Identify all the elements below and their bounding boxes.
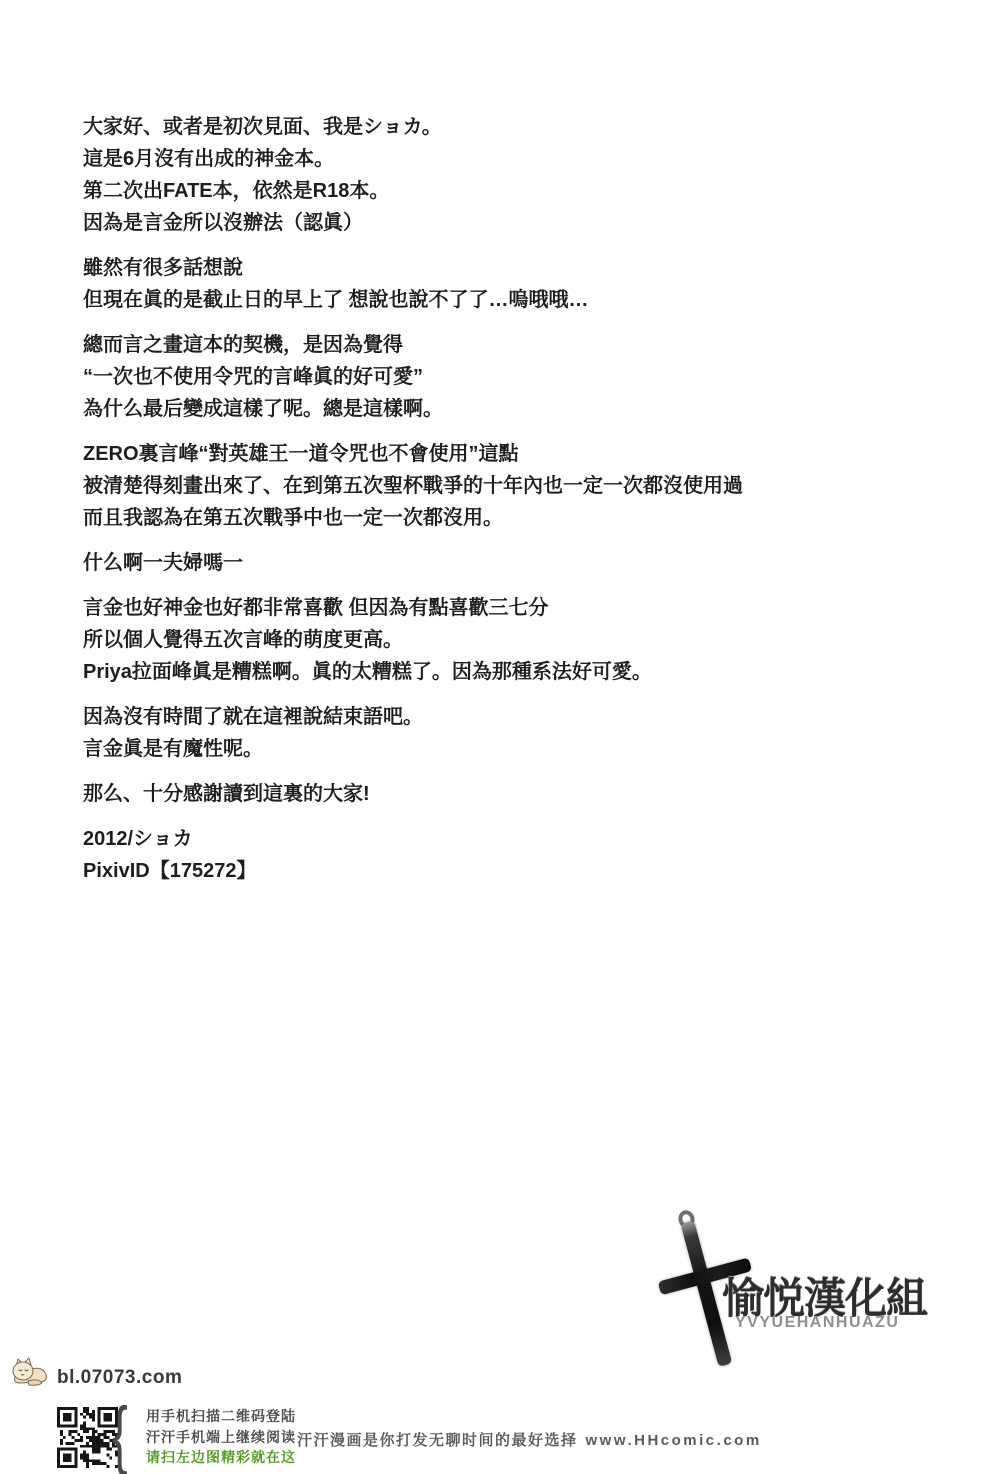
afterword-line: 什么啊一夫婦嗎一 bbox=[83, 547, 963, 579]
paragraph: 總而言之畫這本的契機，是因為覺得“一次也不使用令咒的言峰眞的好可愛”為什么最后變… bbox=[83, 329, 963, 425]
afterword-line: 而且我認為在第五次戰爭中也一定一次都沒用。 bbox=[83, 502, 963, 534]
afterword-line: Priya拉面峰眞是糟糕啊。眞的太糟糕了。因為那種系法好可愛。 bbox=[83, 656, 963, 688]
paragraph: 言金也好神金也好都非常喜歡 但因為有點喜歡三七分所以個人覺得五次言峰的萌度更高。… bbox=[83, 592, 963, 688]
afterword-line: 第二次出FATE本，依然是R18本。 bbox=[83, 175, 963, 207]
afterword-line: 總而言之畫這本的契機，是因為覺得 bbox=[83, 329, 963, 361]
afterword-line: 這是6月沒有出成的神金本。 bbox=[83, 143, 963, 175]
paragraph: 那么、十分感謝讀到這裏的大家! bbox=[83, 778, 963, 810]
afterword-line: 2012/ショカ bbox=[83, 823, 963, 855]
afterword-line: “一次也不使用令咒的言峰眞的好可愛” bbox=[83, 361, 963, 393]
afterword-line: 大家好、或者是初次見面、我是ショカ。 bbox=[83, 111, 963, 143]
bl-site-block: bl.07073.com bbox=[8, 1356, 182, 1390]
slogan-text: 汗汗漫画是你打发无聊时间的最好选择 bbox=[297, 1432, 578, 1449]
qr-instruction-line: 用手机扫描二维码登陆 bbox=[146, 1406, 296, 1427]
qr-instructions: 用手机扫描二维码登陆 汗汗手机端上继续阅读 请扫左边图精彩就在这 bbox=[146, 1406, 296, 1468]
curly-brace-glyph: { bbox=[112, 1399, 128, 1471]
afterword-line: PixivID【175272】 bbox=[83, 855, 963, 887]
paragraph: 2012/ショカPixivID【175272】 bbox=[83, 823, 963, 887]
afterword-line: 因為沒有時間了就在這裡說結束語吧。 bbox=[83, 701, 963, 733]
footer-slogan: 汗汗漫画是你打发无聊时间的最好选择www.HHcomic.com bbox=[297, 1429, 762, 1450]
qr-code-icon bbox=[57, 1407, 118, 1468]
afterword-line: ZERO裏言峰“對英雄王一道令咒也不會使用”這點 bbox=[83, 438, 963, 470]
bl-site-url: bl.07073.com bbox=[57, 1357, 182, 1389]
watermark-group-romanized: YVYUEHANHUAZU bbox=[735, 1314, 899, 1332]
scanned-afterword-page: 大家好、或者是初次見面、我是ショカ。這是6月沒有出成的神金本。第二次出FATE本… bbox=[0, 0, 1000, 1474]
afterword-line: 雖然有很多話想說 bbox=[83, 252, 963, 284]
afterword-line: 所以個人覺得五次言峰的萌度更高。 bbox=[83, 624, 963, 656]
paragraph: 大家好、或者是初次見面、我是ショカ。這是6月沒有出成的神金本。第二次出FATE本… bbox=[83, 111, 963, 239]
hhcomic-url: www.HHcomic.com bbox=[586, 1432, 762, 1449]
afterword-line: 為什么最后變成這樣了呢。總是這樣啊。 bbox=[83, 393, 963, 425]
paragraph: 雖然有很多話想說但現在眞的是截止日的早上了 想說也說不了了…嗚哦哦… bbox=[83, 252, 963, 316]
paragraph: 什么啊一夫婦嗎一 bbox=[83, 547, 963, 579]
afterword-text-block: 大家好、或者是初次見面、我是ショカ。這是6月沒有出成的神金本。第二次出FATE本… bbox=[83, 111, 963, 900]
qr-instruction-line-highlight: 请扫左边图精彩就在这 bbox=[146, 1447, 296, 1468]
qr-instruction-line: 汗汗手机端上继续阅读 bbox=[146, 1427, 296, 1448]
afterword-line: 言金也好神金也好都非常喜歡 但因為有點喜歡三七分 bbox=[83, 592, 963, 624]
afterword-line: 被清楚得刻畫出來了、在到第五次聖杯戰爭的十年內也一定一次都沒使用過 bbox=[83, 470, 963, 502]
paragraph: ZERO裏言峰“對英雄王一道令咒也不會使用”這點被清楚得刻畫出來了、在到第五次聖… bbox=[83, 438, 963, 534]
afterword-line: 因為是言金所以沒辦法（認眞） bbox=[83, 207, 963, 239]
afterword-line: 言金眞是有魔性呢。 bbox=[83, 733, 963, 765]
afterword-line: 那么、十分感謝讀到這裏的大家! bbox=[83, 778, 963, 810]
cat-mascot-icon bbox=[8, 1356, 50, 1390]
paragraph: 因為沒有時間了就在這裡說結束語吧。言金眞是有魔性呢。 bbox=[83, 701, 963, 765]
afterword-line: 但現在眞的是截止日的早上了 想說也說不了了…嗚哦哦… bbox=[83, 284, 963, 316]
